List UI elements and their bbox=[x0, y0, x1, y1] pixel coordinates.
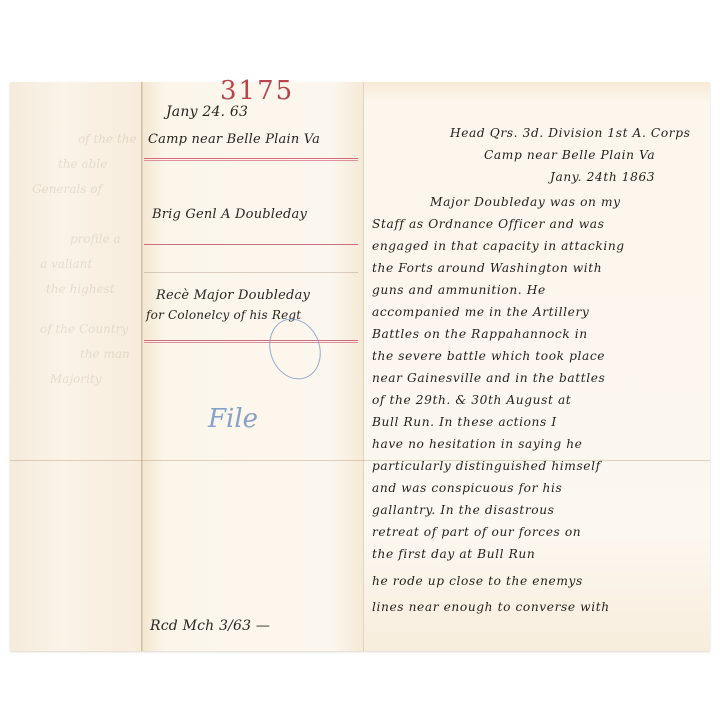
letter-line: Battles on the Rappahannock in bbox=[372, 327, 588, 341]
letter-line: Staff as Ordnance Officer and was bbox=[372, 217, 605, 231]
bleed-text: the able bbox=[58, 157, 107, 171]
letter-line: near Gainesville and in the battles bbox=[372, 371, 605, 385]
bleed-text: Majority bbox=[50, 372, 102, 386]
letter-line: Major Doubleday was on my bbox=[430, 195, 621, 209]
docket-received: Rcd Mch 3/63 — bbox=[150, 618, 270, 634]
letter-sheet: of the the the able Generals of profile … bbox=[10, 82, 710, 651]
docket-date: Jany 24. 63 bbox=[166, 104, 248, 120]
letter-heading-unit: Head Qrs. 3d. Division 1st A. Corps bbox=[450, 126, 690, 140]
docket-subject-1: Recè Major Doubleday bbox=[156, 288, 310, 303]
letter-line: lines near enough to converse with bbox=[372, 600, 610, 614]
grey-rule bbox=[144, 272, 358, 273]
letter-line: engaged in that capacity in attacking bbox=[372, 239, 625, 253]
letter-line: he rode up close to the enemys bbox=[372, 574, 583, 588]
letter-line: of the 29th. & 30th August at bbox=[372, 393, 571, 407]
blue-pencil-scrawl bbox=[261, 311, 329, 386]
letter-line: and was conspicuous for his bbox=[372, 481, 562, 495]
letter-line: accompanied me in the Artillery bbox=[372, 305, 589, 319]
vertical-fold bbox=[363, 82, 364, 651]
horizontal-fold bbox=[10, 460, 710, 461]
letter-line: the first day at Bull Run bbox=[372, 547, 535, 561]
docket-author: Brig Genl A Doubleday bbox=[152, 207, 307, 222]
letter-line: retreat of part of our forces on bbox=[372, 525, 581, 539]
docket-subject-2: for Colonelcy of his Regt bbox=[146, 308, 301, 322]
letter-heading-date: Jany. 24th 1863 bbox=[550, 170, 655, 184]
letter-line: particularly distinguished himself bbox=[372, 459, 601, 473]
bleed-text: of the Country bbox=[40, 322, 128, 336]
letter-heading-place: Camp near Belle Plain Va bbox=[484, 148, 655, 162]
bleed-text: a valiant bbox=[40, 257, 92, 271]
letter-line: Bull Run. In these actions I bbox=[372, 415, 557, 429]
left-panel: of the the the able Generals of profile … bbox=[10, 82, 142, 651]
bleed-text: of the the bbox=[78, 132, 137, 146]
docket-panel: 3175 Jany 24. 63 Camp near Belle Plain V… bbox=[142, 82, 364, 651]
filed-mark: File bbox=[208, 404, 258, 434]
letter-line: gallantry. In the disastrous bbox=[372, 503, 555, 517]
docket-place: Camp near Belle Plain Va bbox=[148, 132, 320, 147]
letter-panel: Head Qrs. 3d. Division 1st A. Corps Camp… bbox=[364, 82, 710, 651]
letter-line: have no hesitation in saying he bbox=[372, 437, 583, 451]
red-rule bbox=[144, 340, 358, 343]
red-rule bbox=[144, 244, 358, 245]
bleed-text: the man bbox=[80, 347, 130, 361]
letter-line: guns and ammunition. He bbox=[372, 283, 546, 297]
vertical-fold bbox=[141, 82, 143, 651]
bleed-text: Generals of bbox=[32, 182, 102, 196]
letter-line: the Forts around Washington with bbox=[372, 261, 602, 275]
red-rule bbox=[144, 158, 358, 161]
letter-line: the severe battle which took place bbox=[372, 349, 605, 363]
bleed-text: profile a bbox=[70, 232, 121, 246]
bleed-text: the highest bbox=[46, 282, 115, 296]
docket-file-number: 3175 bbox=[220, 76, 294, 106]
